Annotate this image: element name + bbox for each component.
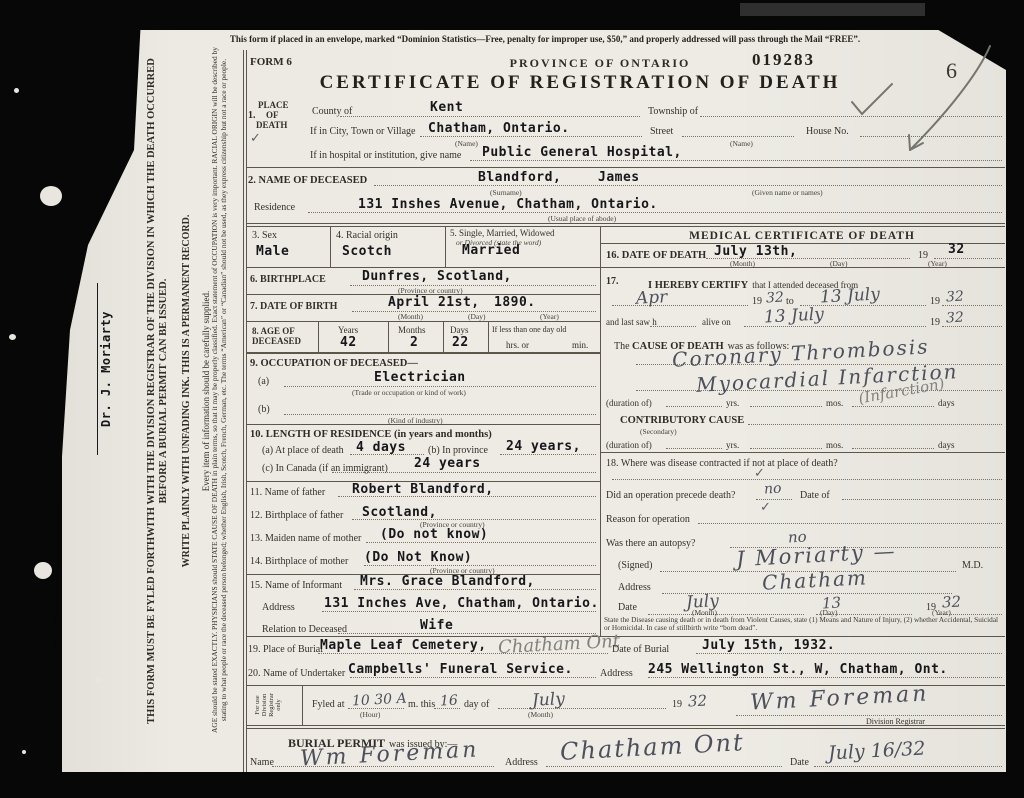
fill-line (750, 405, 822, 407)
last-saw-label: and last saw h (606, 317, 657, 327)
county-label: County of (312, 106, 352, 117)
punch-hole (40, 186, 62, 206)
dust-speck (9, 334, 16, 340)
hospital-label: If in hospital or institution, give name (310, 150, 461, 161)
province-country-hint: (Province or country) (398, 286, 463, 295)
cell-divider (488, 322, 489, 352)
scan-edge-bottom (0, 772, 1024, 798)
dust-speck (22, 750, 26, 754)
informant-address-value: 131 Inches Ave, Chatham, Ontario. (324, 596, 599, 611)
birthplace-label: 6. BIRTHPLACE (250, 274, 326, 285)
cell-divider (302, 686, 303, 725)
date-of-birth-label: 7. DATE OF BIRTH (250, 301, 337, 312)
date-of-burial-label: Date of Burial (612, 644, 669, 655)
year-hint: (Year) (928, 259, 947, 268)
place-of-death-label: PLACE (258, 100, 289, 110)
cell-divider (330, 227, 331, 267)
yrs-label: yrs. (726, 440, 739, 450)
fill-line (374, 184, 1002, 186)
permit-date-label: Date (790, 757, 809, 768)
physician-address-label: Address (618, 582, 651, 593)
certificate-title: CERTIFICATE OF REGISTRATION OF DEATH (300, 72, 860, 94)
trade-hint: (Trade or occupation or kind of work) (352, 388, 466, 397)
day-of-label: day of (464, 699, 489, 710)
cell-divider (318, 322, 319, 352)
fill-line (748, 423, 1002, 425)
date-of-burial-value: July 15th, 1932. (702, 638, 835, 653)
cell-divider (388, 322, 389, 352)
registrar-box-line: Division (261, 694, 268, 716)
fill-line (612, 478, 1002, 480)
rule (246, 321, 601, 322)
given-name-hint: (Given name or names) (752, 188, 823, 197)
form-left-rule (243, 50, 244, 772)
mailing-banner: This form if placed in an envelope, mark… (150, 34, 940, 44)
rule (246, 352, 601, 354)
hospital-value: Public General Hospital, (482, 145, 682, 160)
fill-line (842, 498, 1002, 500)
rule (600, 243, 1005, 244)
days-header: Days (450, 325, 469, 335)
in-canada-label: (c) In Canada (if an immigrant) (262, 463, 388, 474)
surname-value: Blandford, (478, 170, 561, 185)
informant-value: Mrs. Grace Blandford, (360, 574, 535, 589)
less-than-day-header: If less than one day old (492, 325, 566, 334)
fyled-year-handwritten: 32 (688, 692, 708, 711)
min-label: min. (572, 340, 588, 350)
street-label: Street (650, 126, 673, 137)
registrar-box-line: Registrar (268, 693, 275, 717)
fyled-at-label: Fyled at (312, 699, 345, 710)
medical-certificate-heading: MEDICAL CERTIFICATE OF DEATH (602, 230, 1002, 242)
death-year-value: 32 (948, 242, 965, 257)
yrs-label: yrs. (726, 398, 739, 408)
form-left-rule (246, 50, 247, 772)
father-name-label: 11. Name of father (250, 487, 325, 498)
fill-line (340, 115, 640, 117)
occupation-a-label: (a) (258, 376, 269, 387)
attended-from-year: 32 (766, 290, 785, 307)
hrs-label: hrs. or (506, 340, 529, 350)
punch-hole (34, 562, 52, 579)
fill-line (860, 135, 1002, 137)
place-of-death-label: OF (266, 110, 279, 120)
surname-hint: (Surname) (490, 188, 522, 197)
scan-edge-right (1006, 0, 1024, 798)
year-hint: (Year) (540, 312, 559, 321)
month-hint: (Month) (398, 312, 423, 321)
fill-line (498, 707, 666, 709)
informant-label: 15. Name of Informant (250, 580, 342, 591)
fill-line (852, 405, 934, 407)
day-hint: (Day) (468, 312, 486, 321)
column-divider (600, 226, 601, 636)
secondary-hint: (Secondary) (640, 427, 677, 436)
undertaker-address-label: Address (600, 668, 633, 679)
margin-warning-text: THIS FORM MUST BE FYLED FORTHWITH WITH T… (146, 42, 170, 740)
years-header: Years (338, 325, 358, 335)
m-this-label: m. this (408, 699, 435, 710)
operation-precede-label: Did an operation precede death? (606, 490, 735, 501)
duration-label: (duration of) (606, 440, 652, 450)
mother-birthplace-label: 14. Birthplace of mother (250, 556, 348, 567)
fill-line (814, 765, 1002, 767)
county-value: Kent (430, 100, 463, 115)
occupation-label: 9. OCCUPATION OF DECEASED— (250, 358, 418, 369)
rule (246, 223, 1005, 224)
name-of-deceased-label: 2. NAME OF DECEASED (248, 175, 367, 186)
father-birthplace-value: Scotland, (362, 505, 437, 520)
fill-line (666, 447, 722, 449)
attended-to-handwritten: 13 July (820, 284, 881, 307)
fill-line (666, 405, 722, 407)
month-hint: (Month) (730, 259, 755, 268)
cell-divider (445, 227, 446, 267)
mother-maiden-value: (Do not know) (380, 527, 488, 542)
mos-label: mos. (826, 398, 843, 408)
contributory-cause-label: CONTRIBUTORY CAUSE (620, 415, 744, 426)
rule (600, 452, 1005, 453)
year-19-label: 19 (752, 296, 762, 307)
scanned-death-certificate: This form if placed in an envelope, mark… (0, 0, 1024, 798)
year-19-label: 19 (930, 317, 940, 328)
fyled-hour-handwritten: 10 30 A (352, 691, 407, 710)
division-registrar-label: Division Registrar (866, 717, 925, 726)
margin-doctor-annotation: Dr. J. Moriarty (97, 283, 113, 455)
city-value: Chatham, Ontario. (428, 121, 570, 136)
father-birthplace-label: 12. Birthplace of father (250, 510, 343, 521)
rule (246, 226, 1005, 227)
last-seen-year: 32 (946, 310, 965, 327)
rule (246, 728, 1005, 729)
age-label: 8. AGE OF (252, 326, 295, 336)
marital-label: 5. Single, Married, Widowed (450, 228, 554, 238)
attended-to-year: 32 (946, 289, 965, 306)
racial-origin-label: 4. Racial origin (336, 230, 398, 241)
in-province-value: 24 years, (506, 439, 581, 454)
relation-value: Wife (420, 618, 453, 633)
permit-address-label: Address (505, 757, 538, 768)
months-header: Months (398, 325, 426, 335)
registrar-box-line: For use (254, 695, 261, 714)
date-of-death-label: 16. DATE OF DEATH (606, 250, 706, 261)
given-name-value: James (598, 170, 640, 185)
where-contracted-label: 18. Where was disease contracted if not … (606, 458, 838, 469)
rule (246, 167, 1005, 168)
pencil-checkmark: ✓ (754, 466, 765, 481)
hour-hint: (Hour) (360, 710, 380, 719)
abode-hint: (Usual place of abode) (548, 214, 616, 223)
cell-divider (443, 322, 444, 352)
street-name-hint: (Name) (730, 139, 753, 148)
pencil-arrow-marks (830, 32, 1006, 162)
rule (246, 636, 1005, 637)
province-heading: PROVINCE OF ONTARIO (450, 56, 750, 71)
fill-line (750, 447, 822, 449)
item-1-number: 1. (248, 110, 256, 121)
fill-line (852, 447, 934, 449)
fill-line (350, 284, 596, 286)
operation-answer-handwritten: no (764, 481, 782, 498)
age-label: DECEASED (252, 336, 301, 346)
signed-label: (Signed) (618, 560, 652, 571)
date-of-death-value: July 13th, (714, 244, 797, 259)
permit-name-label: Name (250, 757, 274, 768)
residence-value: 131 Inshes Avenue, Chatham, Ontario. (358, 197, 658, 212)
in-canada-value: 24 years (414, 456, 481, 471)
house-no-label: House No. (806, 126, 849, 137)
mother-birthplace-value: (Do Not Know) (364, 550, 472, 565)
date-of-label: Date of (800, 490, 830, 501)
margin-ink-text: WRITE PLAINLY WITH UNFADING INK. THIS IS… (181, 42, 192, 740)
industry-hint: (Kind of industry) (388, 416, 443, 425)
year-19-label: 19 (672, 699, 682, 710)
undertaker-value: Campbells' Funeral Service. (348, 662, 573, 677)
fyled-month-handwritten: July (531, 689, 565, 711)
pencil-checkmark: ✓ (250, 131, 261, 146)
registrar-box-line: only (275, 699, 282, 711)
name-hint: (Name) (455, 139, 478, 148)
fill-line (698, 522, 1002, 524)
in-province-label: (b) In province (428, 445, 488, 456)
sex-value: Male (256, 244, 289, 259)
residence-label: Residence (254, 202, 295, 213)
length-of-residence-label: 10. LENGTH OF RESIDENCE (in years and mo… (250, 429, 492, 440)
undertaker-label: 20. Name of Undertaker (248, 668, 345, 679)
registrar-box-label: For use Division Registrar only (254, 688, 283, 722)
days-label: days (938, 398, 955, 408)
birthplace-value: Dunfres, Scotland, (362, 269, 512, 284)
attended-from-handwritten: Apr (635, 287, 667, 309)
physician-date-label: Date (618, 602, 637, 613)
serial-number: 019283 (752, 50, 815, 70)
cause-pre: The (614, 341, 632, 352)
rule (246, 267, 601, 268)
scanner-artifact-bar (740, 3, 925, 16)
birth-year-value: 1890. (494, 295, 536, 310)
fill-line (546, 765, 782, 767)
day-hint: (Day) (830, 259, 848, 268)
month-hint: (Month) (528, 710, 553, 719)
dust-speck (14, 88, 19, 93)
age-days-value: 22 (452, 335, 469, 350)
fill-line (700, 115, 1002, 117)
alive-on-label: alive on (702, 317, 731, 327)
mos-label: mos. (826, 440, 843, 450)
place-of-burial-value: Maple Leaf Cemetery, (320, 638, 487, 653)
fill-line (682, 135, 794, 137)
racial-origin-value: Scotch (342, 244, 392, 259)
place-of-death-label: DEATH (256, 120, 287, 130)
md-label: M.D. (962, 560, 983, 571)
father-name-value: Robert Blandford, (352, 482, 494, 497)
violent-causes-footnote: State the Disease causing death or in de… (604, 616, 1002, 632)
form-number: FORM 6 (250, 56, 292, 68)
duration-label: (duration of) (606, 398, 652, 408)
township-label: Township of (648, 106, 698, 117)
informant-address-label: Address (262, 602, 295, 613)
marital-value: Married (462, 243, 520, 258)
fill-line (612, 304, 748, 306)
year-19-label: 19 (918, 250, 928, 261)
age-years-value: 42 (340, 335, 357, 350)
birth-month-day-value: April 21st, (388, 295, 480, 310)
age-months-value: 2 (410, 335, 418, 350)
item-17-number: 17. (606, 276, 619, 287)
fill-line (284, 385, 596, 387)
at-place-of-death-label: (a) At place of death (262, 445, 344, 456)
place-of-burial-label: 19. Place of Burial (248, 644, 323, 655)
fill-line (284, 413, 596, 415)
autopsy-label: Was there an autopsy? (606, 538, 695, 549)
fyled-day-handwritten: 16 (440, 693, 459, 710)
undertaker-address-value: 245 Wellington St., W, Chatham, Ont. (648, 662, 948, 677)
occupation-value: Electrician (374, 370, 466, 385)
at-place-of-death-value: 4 days (356, 440, 406, 455)
occupation-b-label: (b) (258, 404, 270, 415)
city-label: If in City, Town or Village (310, 126, 415, 137)
mother-maiden-label: 13. Maiden name of mother (250, 533, 361, 544)
year-19-label: 19 (930, 296, 940, 307)
reason-for-operation-label: Reason for operation (606, 514, 690, 525)
relation-label: Relation to Deceased (262, 624, 347, 635)
days-label: days (938, 440, 955, 450)
sex-label: 3. Sex (252, 230, 277, 241)
last-seen-date-handwritten: 13 July (764, 304, 825, 327)
pencil-checkmark: ✓ (760, 500, 771, 515)
dust-speck (96, 678, 101, 683)
margin-age-note: AGE should be stated EXACTLY. PHYSICIANS… (211, 40, 228, 740)
